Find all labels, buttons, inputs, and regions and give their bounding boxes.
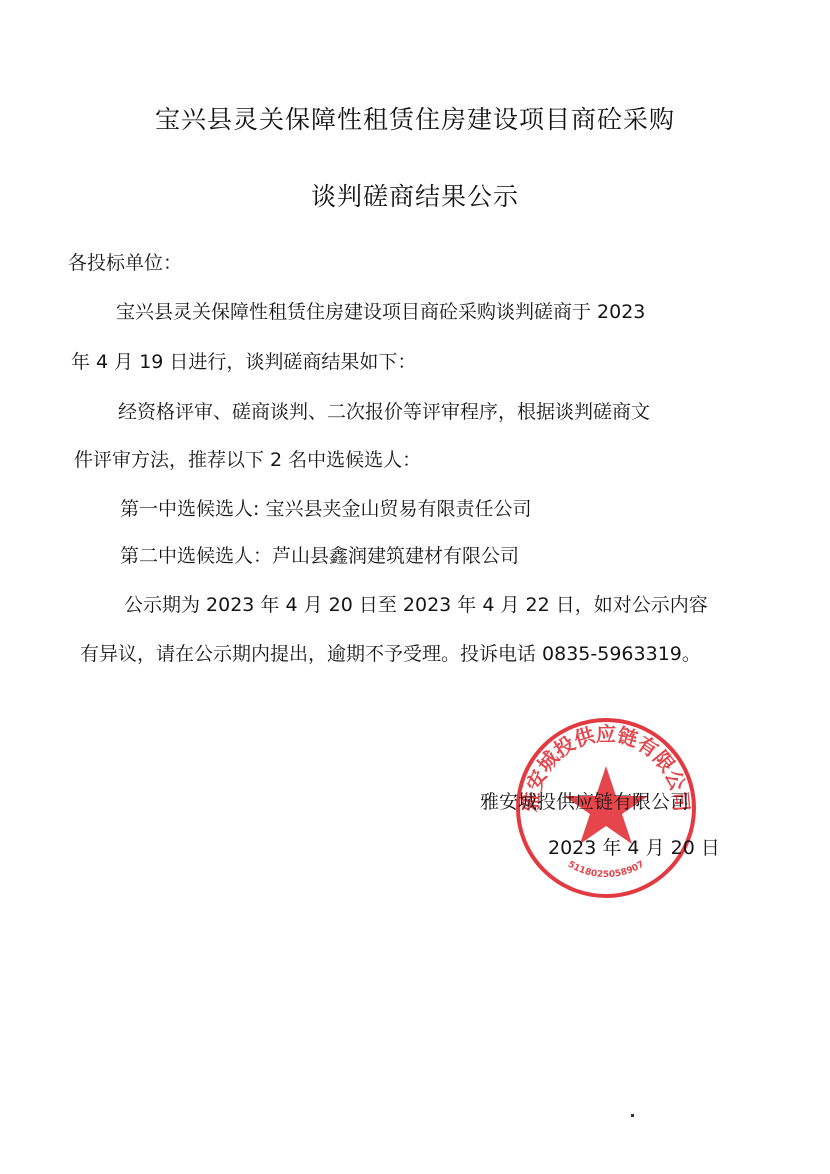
paragraph-evaluation-line-1: 经资格评审、磋商谈判、二次报价等评审程序，根据谈判磋商文: [118, 397, 650, 424]
paragraph-evaluation-line-2: 件评审方法，推荐以下 2 名中选候选人：: [74, 445, 421, 472]
paragraph-notice-period-line-1: 公示期为 2023 年 4 月 20 日至 2023 年 4 月 22 日，如对…: [124, 590, 708, 617]
svg-text:5118025058907: 5118025058907: [566, 860, 646, 881]
paragraph-intro-line-2: 年 4 月 19 日进行，谈判磋商结果如下：: [71, 347, 416, 374]
signature-date: 2023 年 4 月 20 日: [548, 833, 720, 860]
paragraph-notice-period-line-2: 有异议，请在公示期内提出，逾期不予受理。投诉电话 0835-5963319。: [80, 639, 701, 666]
first-candidate: 第一中选候选人: 宝兴县夹金山贸易有限责任公司: [120, 494, 531, 521]
scan-speck: [631, 1114, 634, 1117]
second-candidate: 第二中选候选人：芦山县鑫润建筑建材有限公司: [120, 541, 519, 568]
salutation: 各投标单位：: [68, 248, 182, 275]
document-title-line-1: 宝兴县灵关保障性租赁住房建设项目商砼采购: [0, 100, 830, 136]
signature-company: 雅安城投供应链有限公司: [480, 787, 689, 814]
document-title-line-2: 谈判磋商结果公示: [0, 177, 830, 213]
paragraph-intro-line-1: 宝兴县灵关保障性租赁住房建设项目商砼采购谈判磋商于 2023: [116, 297, 645, 324]
